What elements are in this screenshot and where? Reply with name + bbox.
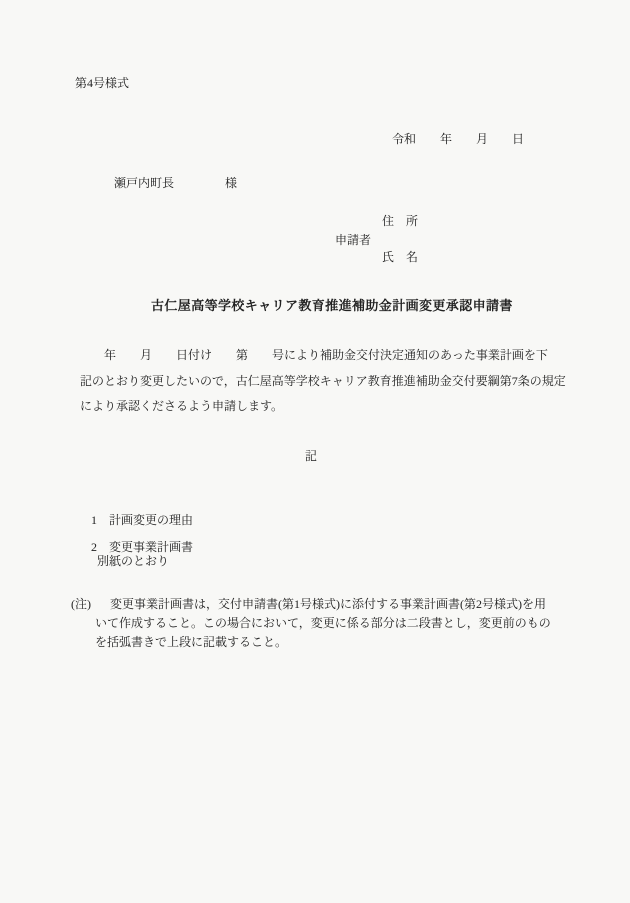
applicant-role-label: 申請者 xyxy=(335,234,371,246)
addressee-name: 瀬戸内町長 xyxy=(114,176,174,190)
body-paragraph-line: により承認くださるよう申請します。 xyxy=(80,400,283,412)
list-item-text: 変更事業計画書 xyxy=(109,540,193,554)
applicant-name-label: 氏 名 xyxy=(382,251,418,263)
list-item-number: 1 xyxy=(91,513,97,527)
addressee-line: 瀬戸内町長様 xyxy=(102,165,237,201)
note-label: (注) xyxy=(71,598,91,610)
list-item-text: 計画変更の理由 xyxy=(109,513,193,527)
attachment-note: 別紙のとおり xyxy=(97,555,169,567)
document-title: 古仁屋高等学校キャリア教育推進補助金計画変更承認申請書 xyxy=(151,299,513,312)
addressee-honorific: 様 xyxy=(225,176,237,190)
document-page: 第4号様式 令和 年 月 日 瀬戸内町長様 住 所 申請者 氏 名 古仁屋高等学… xyxy=(0,0,630,903)
note-text-line: 変更事業計画書は，交付申請書(第1号様式)に添付する事業計画書(第2号様式)を用 xyxy=(110,598,546,610)
applicant-address-label: 住 所 xyxy=(382,215,418,227)
body-paragraph-line: 年 月 日付け 第 号により補助金交付決定通知のあった事業計画を下 xyxy=(80,349,548,361)
date-line: 令和 年 月 日 xyxy=(392,133,524,145)
note-text-line: を括弧書きで上段に記載すること。 xyxy=(95,636,287,648)
body-paragraph-line: 記のとおり変更したいので，古仁屋高等学校キャリア教育推進補助金交付要綱第7条の規… xyxy=(80,375,566,387)
form-number: 第4号様式 xyxy=(75,77,129,89)
section-marker-ki: 記 xyxy=(305,450,317,462)
note-text-line: いて作成すること。この場合において，変更に係る部分は二段書とし，変更前のもの xyxy=(95,617,551,629)
list-item-number: 2 xyxy=(91,540,97,554)
